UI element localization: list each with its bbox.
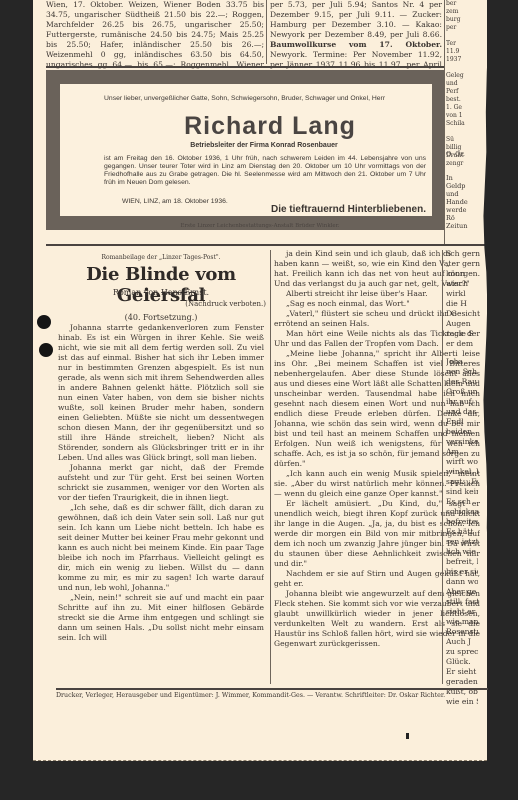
text-fragment: S	[446, 249, 478, 259]
story-column-left: Johanna starrte gedankenverloren zum Fen…	[58, 323, 264, 685]
text-fragment: des Rau	[446, 377, 478, 387]
text-fragment	[446, 166, 476, 174]
text-fragment: schicksalhaf	[446, 507, 478, 517]
section-rule	[46, 244, 488, 246]
text-fragment: zem	[446, 8, 476, 16]
text-fragment: Geleg	[446, 72, 476, 80]
imprint-line: Drucker, Verleger, Herausgeber und Eigen…	[56, 688, 488, 699]
text-fragment: wie man ei	[446, 617, 478, 627]
obituary-intro: Unser lieber, unvergeßlicher Gatte, Sohn…	[104, 95, 424, 103]
text-fragment: Do	[446, 309, 478, 319]
text-fragment: burg	[446, 16, 476, 24]
text-fragment: werde	[446, 206, 476, 214]
text-fragment: die H	[446, 299, 478, 309]
text-fragment: O.-Or.	[446, 150, 476, 158]
section-rule	[46, 66, 444, 68]
commodity-prices: per 5.73, per Juli 5.94; Santos Nr. 4 pe…	[270, 0, 442, 39]
column-divider	[266, 0, 267, 64]
text-fragment: Perf	[446, 88, 476, 96]
text-fragment: befreit, kr	[446, 557, 478, 567]
text-fragment: per	[446, 24, 476, 32]
text-fragment: von 1	[446, 112, 476, 120]
text-fragment	[446, 349, 478, 357]
text-fragment: nen Sch	[446, 367, 478, 377]
text-fragment: best.	[446, 96, 476, 104]
supplement-label: Romanbeilage der „Linzer Tages-Post".	[56, 254, 266, 261]
text-fragment: Am	[446, 447, 478, 457]
text-fragment: und	[446, 190, 476, 198]
market-report-left: Wien, 17. Oktober. Weizen, Wiener Boden …	[46, 0, 264, 80]
text-fragment: und	[446, 80, 476, 88]
text-fragment: beiden	[446, 427, 478, 437]
text-fragment: Schila	[446, 120, 476, 128]
text-fragment: sen jetzt.	[446, 537, 478, 547]
text-fragment: ihr auf;	[446, 397, 478, 407]
text-fragment: Es hätt	[446, 527, 478, 537]
text-fragment: Endl	[446, 417, 478, 427]
text-fragment: Geldp	[446, 182, 476, 190]
text-fragment: Sü	[446, 136, 476, 144]
obituary-body: ist am Freitag den 16. Oktober 1936, 1 U…	[104, 155, 426, 187]
cotton-heading: Baumwollkurse vom 17. Oktober.	[270, 40, 442, 49]
text-fragment	[446, 32, 476, 40]
text-fragment: Groß un	[446, 387, 478, 397]
text-fragment: sind keine	[446, 487, 478, 497]
story-paragraph: „Nein, nein!" schreit sie auf und macht …	[58, 593, 264, 643]
text-fragment: Augen	[446, 319, 478, 329]
punch-hole	[39, 343, 53, 357]
text-fragment: Glück.	[446, 657, 478, 667]
column-divider	[442, 250, 443, 684]
obituary-panel	[60, 84, 432, 216]
column-divider	[444, 0, 445, 246]
story-author: Roman von Hans Ernst.	[56, 288, 266, 297]
punch-hole	[37, 315, 51, 329]
text-fragment: könn	[446, 269, 478, 279]
text-fragment: Rö	[446, 214, 476, 222]
obituary-undertaker: Erste Linzer Leichenbestattungs-Anstalt …	[160, 223, 360, 229]
text-fragment: er dem	[446, 339, 478, 349]
installment-number: (40. Fortsetzung.)	[56, 313, 266, 322]
text-fragment: Er sieht	[446, 667, 478, 677]
reprint-note: (Nachdruck verboten.)	[160, 300, 266, 308]
story-paragraph: Johanna merkt gar nicht, daß der Fremde …	[58, 463, 264, 503]
text-fragment: sagt: „Es	[446, 477, 478, 487]
text-fragment: Aber ge	[446, 587, 478, 597]
text-fragment: 1937	[446, 56, 476, 64]
text-fragment: Zeitun	[446, 222, 476, 230]
story-paragraph: Johanna starrte gedankenverloren zum Fen…	[58, 323, 264, 463]
column-divider	[270, 250, 271, 684]
text-fragment: zu sprechen	[446, 647, 478, 657]
story-column-right-fragment: S„könnwischwirkldie HDoAugenregie Ser de…	[446, 249, 478, 719]
text-fragment	[446, 128, 476, 136]
text-fragment: Joha	[446, 357, 478, 367]
text-fragment: Rosenstrau	[446, 627, 478, 637]
text-fragment: bis er sich	[446, 567, 478, 577]
text-fragment: 11.9	[446, 48, 476, 56]
text-fragment: wirft wo	[446, 457, 478, 467]
story-paragraph: „Ich sehe, daß es dir schwer fällt, dich…	[58, 503, 264, 593]
text-fragment: lich wie w	[446, 547, 478, 557]
text-fragment: Hande	[446, 198, 476, 206]
obituary-role: Betriebsleiter der Firma Konrad Rosenbau…	[104, 142, 424, 150]
text-fragment: regie S	[446, 329, 478, 339]
text-fragment: In	[446, 174, 476, 182]
text-fragment: „	[446, 259, 478, 269]
text-fragment: Es sch	[446, 497, 478, 507]
text-fragment: dann won	[446, 577, 478, 587]
text-fragment: versinke	[446, 437, 478, 447]
text-fragment: winkel, b	[446, 467, 478, 477]
obituary-signature: Die tieftrauernd Hinterbliebenen.	[220, 206, 426, 214]
obituary-name: Richard Lang	[160, 112, 380, 141]
right-edge-snippet-mid: O.-Or.InGeldpundHandewerdeRöZeitun	[446, 150, 476, 230]
right-edge-snippet-top: berzemburgperTer11.91937GelegundPerfbest…	[446, 0, 476, 168]
text-fragment: 1. Ge	[446, 104, 476, 112]
text-fragment: und das	[446, 407, 478, 417]
text-fragment: wisch	[446, 279, 478, 289]
text-fragment: Ter	[446, 40, 476, 48]
text-fragment	[446, 64, 476, 72]
text-fragment: geraden B	[446, 677, 478, 687]
text-fragment: wirkl	[446, 289, 478, 299]
paper-speck	[406, 733, 409, 739]
text-fragment: still, fast m	[446, 597, 478, 607]
text-fragment	[446, 158, 476, 166]
text-fragment: ber	[446, 0, 476, 8]
text-fragment: sieht er sie	[446, 607, 478, 617]
text-fragment: Auch J	[446, 637, 478, 647]
text-fragment: befreite: „	[446, 517, 478, 527]
